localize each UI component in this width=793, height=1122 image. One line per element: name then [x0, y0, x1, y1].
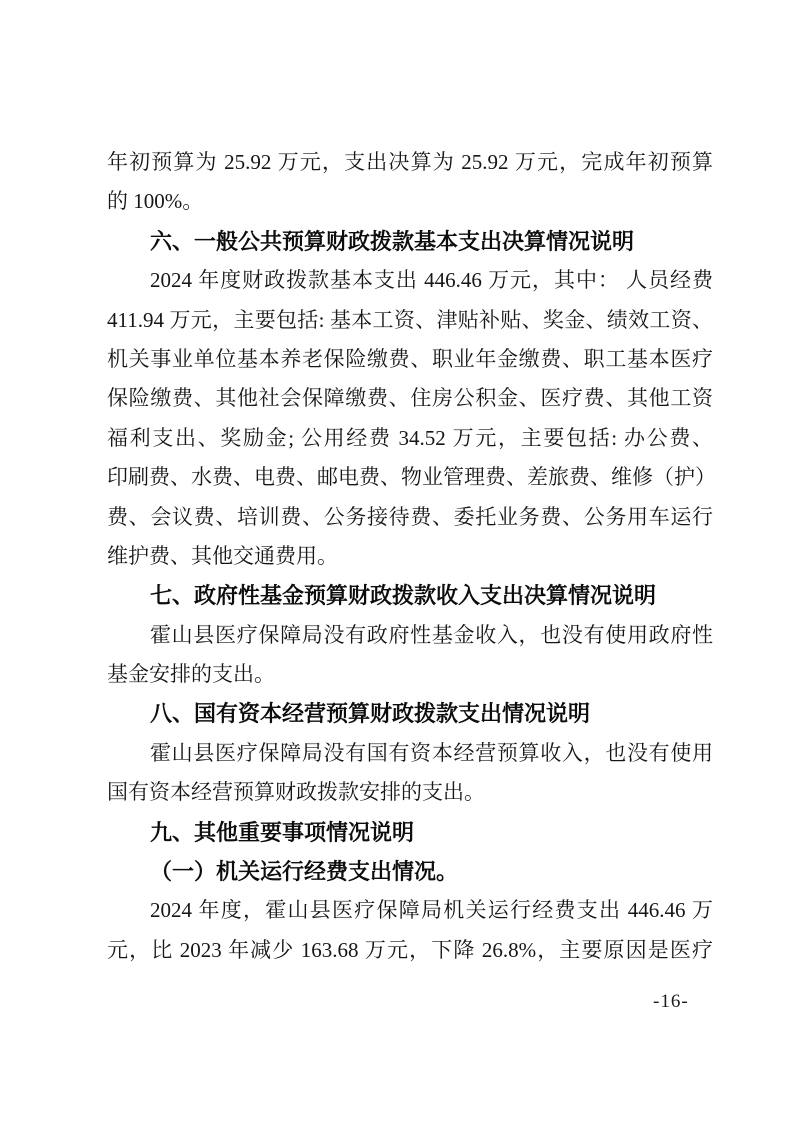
- document-body: 年初预算为 25.92 万元，支出决算为 25.92 万元，完成年初预算的 10…: [107, 143, 713, 970]
- text-line: 元，比 2023 年减少 163.68 万元，下降 26.8%，主要原因是医疗: [107, 931, 713, 970]
- text-line: 411.94 万元，主要包括: 基本工资、津贴补贴、奖金、绩效工资、: [107, 301, 713, 340]
- document-page: 年初预算为 25.92 万元，支出决算为 25.92 万元，完成年初预算的 10…: [0, 0, 793, 1122]
- section-heading: 八、国有资本经营预算财政拨款支出情况说明: [107, 694, 713, 733]
- text-line: 霍山县医疗保障局没有政府性基金收入，也没有使用政府性: [107, 616, 713, 655]
- section-heading: 七、政府性基金预算财政拨款收入支出决算情况说明: [107, 576, 713, 615]
- text-line: 福利支出、奖励金; 公用经费 34.52 万元，主要包括: 办公费、: [107, 419, 713, 458]
- section-heading: （一）机关运行经费支出情况。: [107, 852, 713, 891]
- text-line: 国有资本经营预算财政拨款安排的支出。: [107, 773, 713, 812]
- text-line: 基金安排的支出。: [107, 655, 713, 694]
- text-line: 2024 年度，霍山县医疗保障局机关运行经费支出 446.46 万: [107, 891, 713, 930]
- section-heading: 九、其他重要事项情况说明: [107, 813, 713, 852]
- text-line: 2024 年度财政拨款基本支出 446.46 万元，其中： 人员经费: [107, 261, 713, 300]
- text-line: 印刷费、水费、电费、邮电费、物业管理费、差旅费、维修（护）: [107, 458, 713, 497]
- text-line: 机关事业单位基本养老保险缴费、职业年金缴费、职工基本医疗: [107, 340, 713, 379]
- text-line: 费、会议费、培训费、公务接待费、委托业务费、公务用车运行: [107, 498, 713, 537]
- page-number: -16-: [653, 991, 689, 1013]
- text-line: 年初预算为 25.92 万元，支出决算为 25.92 万元，完成年初预算: [107, 143, 713, 182]
- text-line: 的 100%。: [107, 182, 713, 221]
- text-line: 保险缴费、其他社会保障缴费、住房公积金、医疗费、其他工资: [107, 379, 713, 418]
- text-line: 霍山县医疗保障局没有国有资本经营预算收入，也没有使用: [107, 734, 713, 773]
- section-heading: 六、一般公共预算财政拨款基本支出决算情况说明: [107, 222, 713, 261]
- text-line: 维护费、其他交通费用。: [107, 537, 713, 576]
